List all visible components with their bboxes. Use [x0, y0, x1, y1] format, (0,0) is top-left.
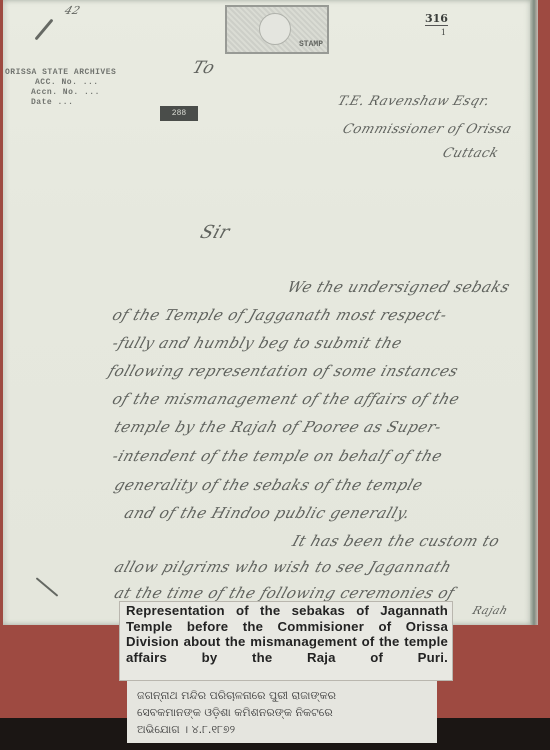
archive-stamp-line: ORISSA STATE ARCHIVES [5, 68, 116, 78]
catchword: Rajah [471, 604, 510, 617]
revenue-stamp: STAMP [225, 5, 329, 54]
pencil-mark [34, 19, 53, 41]
body-line: It has been the custom to [290, 532, 502, 550]
archive-stamp: ORISSA STATE ARCHIVES ACC. No. ... Accn.… [5, 68, 116, 108]
archive-stamp-line: Accn. No. ... [5, 88, 116, 98]
revenue-stamp-label: STAMP [299, 40, 323, 49]
body-line: of the Temple of Jagganath most respect- [110, 306, 450, 324]
corner-number: 42 [63, 4, 82, 17]
archive-stamp-line: ACC. No. ... [5, 78, 116, 88]
salutation: Sir [198, 222, 233, 243]
caption-odia-line: ଅଭିଯୋଗ । ୪.୮.୧୮୭୨ [137, 721, 429, 738]
paper-edge [530, 0, 538, 625]
caption-english-text: Representation of the sebakas of Jaganna… [126, 603, 448, 665]
letter-to: To [190, 58, 218, 78]
pencil-mark [36, 577, 59, 597]
body-line: at the time of the following ceremonies … [112, 584, 457, 602]
page-subnumber: 1 [441, 27, 446, 37]
addressee-line: Commissioner of Orissa [341, 122, 514, 137]
body-line: following representation of some instanc… [106, 362, 461, 380]
archive-ref-box: 288 [160, 106, 198, 121]
addressee-line: T.E. Ravenshaw Esqr. [336, 94, 492, 109]
caption-odia-line: ଜଗନ୍ନାଥ ମନ୍ଦିର ପରିଚାଳନାରେ ପୁରୀ ରାଜାଙ୍କର [137, 687, 429, 704]
body-line: of the mismanagement of the affairs of t… [110, 390, 462, 408]
body-line: generality of the sebaks of the temple [112, 476, 425, 494]
body-line: temple by the Rajah of Pooree as Super- [112, 418, 444, 436]
body-line: We the undersigned sebaks [285, 278, 512, 296]
body-line: allow pilgrims who wish to see Jagannath [112, 558, 454, 576]
addressee-line: Cuttack [441, 146, 501, 161]
manuscript-page: 42 ORISSA STATE ARCHIVES ACC. No. ... Ac… [3, 0, 536, 625]
body-line: -fully and humbly beg to submit the [110, 334, 405, 352]
caption-odia-line: ସେବକମାନଙ୍କ ଓଡ଼ିଶା କମିଶନରଙ୍କ ନିକଟରେ [137, 704, 429, 721]
caption-odia: ଜଗନ୍ନାଥ ମନ୍ଦିର ପରିଚାଳନାରେ ପୁରୀ ରାଜାଙ୍କର … [127, 681, 437, 743]
body-line: -intendent of the temple on behalf of th… [110, 447, 445, 465]
stamp-seal-icon [259, 13, 291, 45]
caption-english: Representation of the sebakas of Jaganna… [119, 601, 453, 681]
archive-stamp-line: Date ... [5, 98, 116, 108]
page-number: 316 [425, 12, 448, 26]
body-line: and of the Hindoo public generally. [122, 504, 413, 522]
